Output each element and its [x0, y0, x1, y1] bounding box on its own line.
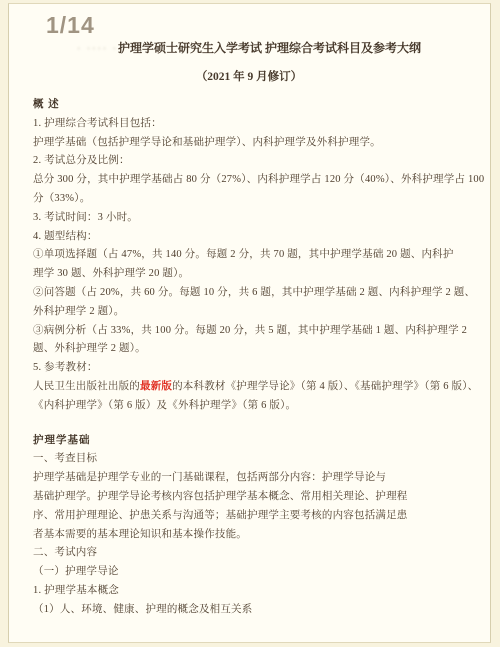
text-line: 二、考试内容: [33, 544, 465, 563]
text-line: 题、外科护理学 2 题）。: [33, 340, 465, 359]
text-line: ②问答题（占 20%，共 60 分。每题 10 分，共 6 题，其中护理学基础 …: [33, 284, 465, 303]
doc-title-text: 护理学硕士研究生入学考试 护理综合考试科目及参考大纲: [118, 41, 421, 55]
text-line: 5. 参考教材：: [33, 359, 465, 378]
text-line: 《内科护理学》（第 6 版）及《外科护理学》（第 6 版）。: [33, 397, 465, 416]
reference-text-after: 的本科教材《护理学导论》（第 4 版）、《基础护理学》（第 6 版）、: [172, 381, 478, 392]
section-heading-fundamentals: 护理学基础: [33, 432, 465, 451]
text-line: 3. 考试时间：3 小时。: [33, 209, 465, 228]
text-line: 理学 30 题、外科护理学 20 题）。: [33, 265, 465, 284]
text-line: 护理学基础（包括护理学导论和基础护理学）、内科护理学及外科护理学。: [33, 134, 465, 153]
text-line: 2. 考试总分及比例：: [33, 152, 465, 171]
doc-subtitle: （2021 年 9 月修订）: [33, 68, 465, 84]
text-line: 一、考查目标: [33, 450, 465, 469]
highlight-latest-edition: 最新版: [140, 381, 172, 392]
document-content: · ···· ·护理学硕士研究生入学考试 护理综合考试科目及参考大纲 （2021…: [33, 0, 465, 620]
doc-title: · ···· ·护理学硕士研究生入学考试 护理综合考试科目及参考大纲: [33, 39, 465, 56]
text-line: 护理学基础是护理学专业的一门基础课程，包括两部分内容：护理学导论与: [33, 469, 465, 488]
text-line: 者基本需要的基本理论知识和基本操作技能。: [33, 526, 465, 545]
text-line: 总分 300 分，其中护理学基础占 80 分（27%）、内科护理学占 120 分…: [33, 171, 465, 190]
text-line: 1. 护理综合考试科目包括：: [33, 115, 465, 134]
redacted-school-name: · ···· ·: [77, 44, 118, 55]
text-line: ①单项选择题（占 47%，共 140 分。每题 2 分，共 70 题，其中护理学…: [33, 246, 465, 265]
reference-text-before: 人民卫生出版社出版的: [33, 381, 140, 392]
text-line: （1）人、环境、健康、护理的概念及相互关系: [33, 601, 465, 620]
section-overview: 概 述 1. 护理综合考试科目包括： 护理学基础（包括护理学导论和基础护理学）、…: [33, 96, 465, 416]
text-line: 1. 护理学基本概念: [33, 582, 465, 601]
text-line: 基础护理学。护理学导论考核内容包括护理学基本概念、常用相关理论、护理程: [33, 488, 465, 507]
section-fundamentals: 护理学基础 一、考查目标 护理学基础是护理学专业的一门基础课程，包括两部分内容：…: [33, 432, 465, 620]
text-line: ③病例分析（占 33%，共 100 分。每题 20 分，共 5 题，其中护理学基…: [33, 322, 465, 341]
text-line: （一）护理学导论: [33, 563, 465, 582]
text-line-reference: 人民卫生出版社出版的最新版的本科教材《护理学导论》（第 4 版）、《基础护理学》…: [33, 378, 465, 397]
text-line: 外科护理学 2 题）。: [33, 303, 465, 322]
text-line: 序、常用护理理论、护患关系与沟通等；基础护理学主要考核的内容包括满足患: [33, 507, 465, 526]
section-heading-overview: 概 述: [33, 96, 465, 115]
text-line: 4. 题型结构：: [33, 228, 465, 247]
text-line: 分（33%）。: [33, 190, 465, 209]
